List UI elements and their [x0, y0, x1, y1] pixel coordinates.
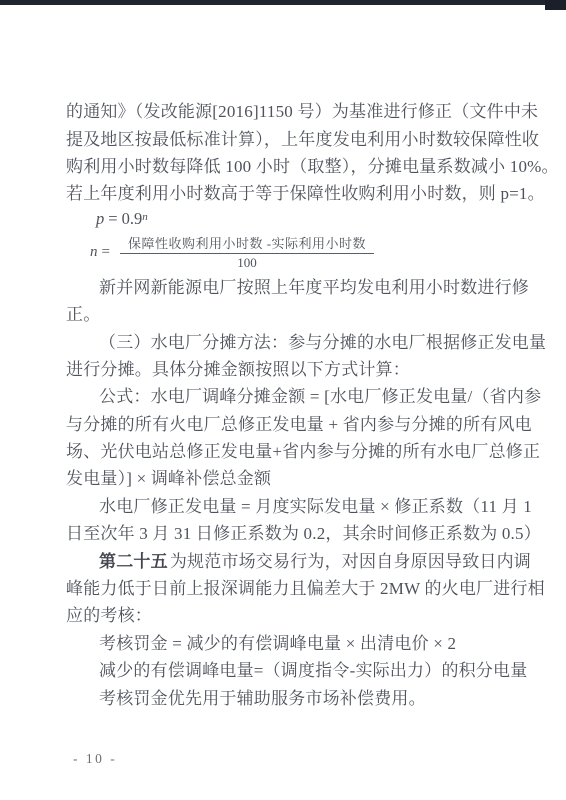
text-line: 水电厂修正发电量 = 月度实际发电量 × 修正系数（11 月 1 — [66, 491, 512, 518]
formula-variable-n: n — [90, 244, 98, 261]
text-line: 发电量）] × 调峰补偿总金额 — [66, 463, 512, 490]
formula-variable-p: p — [96, 209, 104, 229]
article-number-bold: 第二十五 — [99, 547, 168, 572]
text-line: 场、光伏电站总修正发电量+省内参与分摊的所有水电厂总修正 — [66, 436, 512, 463]
text-line: 日至次年 3 月 31 日修正系数为 0.2，其余时间修正系数为 0.5） — [66, 518, 512, 545]
scanned-document-page: 的通知》（发改能源[2016]1150 号）为基准进行修正（文件中未 提及地区按… — [0, 0, 566, 800]
text-line: 新并网新能源电厂按照上年度平均发电利用小时数进行修 — [66, 272, 512, 299]
text-line: 若上年度利用小时数高于等于保障性收购利用小时数，则 p=1。 — [66, 178, 512, 205]
text-line: 考核罚金 = 减少的有偿调峰电量 × 出清电价 × 2 — [66, 628, 512, 655]
fraction-numerator: 保障性收购利用小时数 -实际利用小时数 — [120, 233, 374, 254]
text-line: 的通知》（发改能源[2016]1150 号）为基准进行修正（文件中未 — [66, 96, 512, 123]
formula-p-equals-0.9-power-n: p = 0.9n — [66, 206, 512, 233]
text-line-article-25-heading: 第二十五 为规范市场交易行为，对因自身原因导致日内调 — [66, 545, 512, 572]
text-line: 峰能力低于日前上报深调能力且偏差大于 2MW 的火电厂进行相 — [66, 573, 512, 600]
document-body: 的通知》（发改能源[2016]1150 号）为基准进行修正（文件中未 提及地区按… — [66, 96, 512, 710]
text-line: 购利用小时数每降低 100 小时（取整），分摊电量系数减小 10%。 — [66, 151, 512, 178]
text-line: 与分摊的所有火电厂总修正发电量 + 省内参与分摊的所有风电 — [66, 409, 512, 436]
text-line: 提及地区按最低标准计算），上年度发电利用小时数较保障性收 — [66, 123, 512, 150]
equals-sign: = — [104, 209, 121, 229]
text-line: 考核罚金优先用于辅助服务市场补偿费用。 — [66, 682, 512, 709]
text-line: 应的考核： — [66, 600, 512, 627]
page-number: - 10 - — [73, 751, 117, 767]
scan-artifact-top-band — [0, 0, 566, 5]
formula-base: 0.9 — [122, 209, 143, 229]
fraction: 保障性收购利用小时数 -实际利用小时数 100 — [120, 233, 374, 271]
formula-n-fraction: n = 保障性收购利用小时数 -实际利用小时数 100 — [66, 233, 512, 272]
article-text: 为规范市场交易行为，对因自身原因导致日内调 — [170, 547, 531, 572]
text-line: 公式：水电厂调峰分摊金额 = [水电厂修正发电量/（省内参 — [66, 381, 512, 408]
text-line: 进行分摊。具体分摊金额按照以下方式计算： — [66, 354, 512, 381]
text-line: 正。 — [66, 299, 512, 326]
equals-sign: = — [98, 244, 114, 261]
text-line: （三）水电厂分摊方法：参与分摊的水电厂根据修正发电量 — [66, 326, 512, 353]
text-line: 减少的有偿调峰电量=（调度指令-实际出力）的积分电量 — [66, 655, 512, 682]
scan-artifact-top-right-corner — [545, 0, 566, 10]
fraction-denominator: 100 — [120, 254, 374, 271]
